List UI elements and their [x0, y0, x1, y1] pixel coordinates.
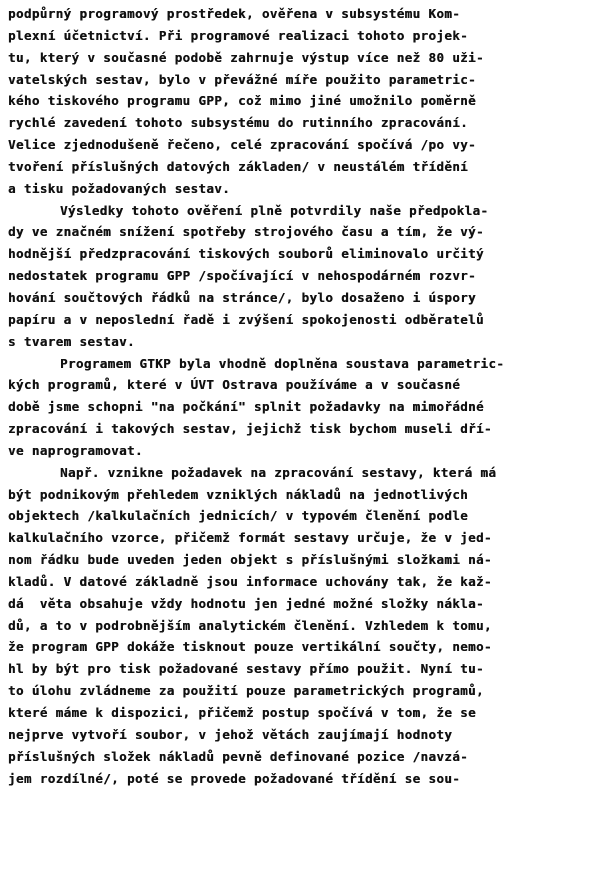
text-line: dů, a to v podrobnějším analytickém člen…: [8, 615, 614, 637]
text-line: nejprve vytvoří soubor, v jehož větách z…: [8, 724, 614, 746]
text-line: hodnější předzpracování tiskových soubor…: [8, 243, 614, 265]
text-line: plexní účetnictví. Při programové realiz…: [8, 25, 614, 47]
text-line: to úlohu zvládneme za použití pouze para…: [8, 680, 614, 702]
text-line: s tvarem sestav.: [8, 331, 614, 353]
text-line: době jsme schopni "na počkání" splnit po…: [8, 396, 614, 418]
document-page: podpůrný programový prostředek, ověřena …: [8, 3, 614, 789]
text-line: Velice zjednodušeně řečeno, celé zpracov…: [8, 134, 614, 156]
text-line: kých programů, které v ÚVT Ostrava použí…: [8, 374, 614, 396]
paragraph-first-line: Programem GTKP byla vhodně doplněna sous…: [8, 353, 614, 375]
text-line: že program GPP dokáže tisknout pouze ver…: [8, 636, 614, 658]
text-line: hl by být pro tisk požadované sestavy př…: [8, 658, 614, 680]
text-line: zpracování i takových sestav, jejichž ti…: [8, 418, 614, 440]
text-line: rychlé zavedení tohoto subsystému do rut…: [8, 112, 614, 134]
text-line: dá věta obsahuje vždy hodnotu jen jedné …: [8, 593, 614, 615]
text-line: jem rozdílné/, poté se provede požadovan…: [8, 768, 614, 790]
text-line: hování součtových řádků na stránce/, byl…: [8, 287, 614, 309]
text-line: ve naprogramovat.: [8, 440, 614, 462]
text-line: být podnikovým přehledem vzniklých nákla…: [8, 484, 614, 506]
text-line: nedostatek programu GPP /spočívající v n…: [8, 265, 614, 287]
text-line: které máme k dispozici, přičemž postup s…: [8, 702, 614, 724]
text-line: kladů. V datové základně jsou informace …: [8, 571, 614, 593]
text-line: příslušných složek nákladů pevně definov…: [8, 746, 614, 768]
text-line: tvoření příslušných datových základen/ v…: [8, 156, 614, 178]
text-line: nom řádku bude uveden jeden objekt s pří…: [8, 549, 614, 571]
text-line: kalkulačního vzorce, přičemž formát sest…: [8, 527, 614, 549]
paragraph-first-line: Např. vznikne požadavek na zpracování se…: [8, 462, 614, 484]
text-line: dy ve značném snížení spotřeby strojovéh…: [8, 221, 614, 243]
text-line: objektech /kalkulačních jednicích/ v typ…: [8, 505, 614, 527]
text-line: podpůrný programový prostředek, ověřena …: [8, 3, 614, 25]
paragraph-first-line: Výsledky tohoto ověření plně potvrdily n…: [8, 200, 614, 222]
text-line: papíru a v neposlední řadě i zvýšení spo…: [8, 309, 614, 331]
text-line: a tisku požadovaných sestav.: [8, 178, 614, 200]
text-line: kého tiskového programu GPP, což mimo ji…: [8, 90, 614, 112]
text-line: vatelských sestav, bylo v převážné míře …: [8, 69, 614, 91]
text-line: tu, který v současné podobě zahrnuje výs…: [8, 47, 614, 69]
